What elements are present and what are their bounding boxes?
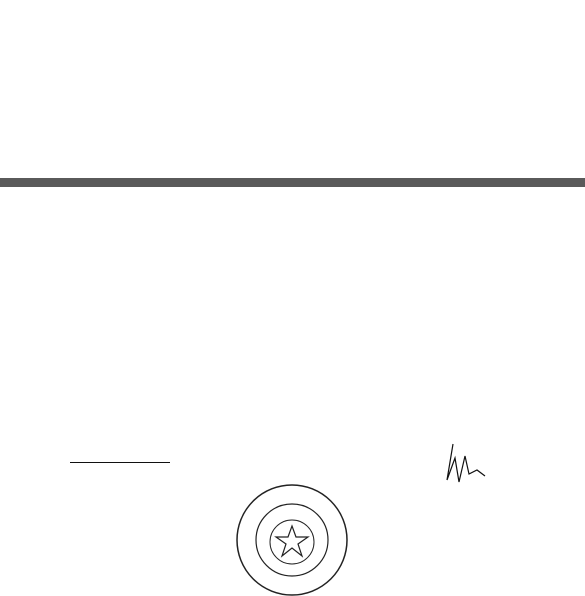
date-value [70, 462, 170, 463]
signature-scribble-icon [425, 440, 505, 500]
date-block [60, 455, 170, 466]
official-stamp-icon [232, 480, 352, 596]
page-separator [0, 178, 585, 187]
